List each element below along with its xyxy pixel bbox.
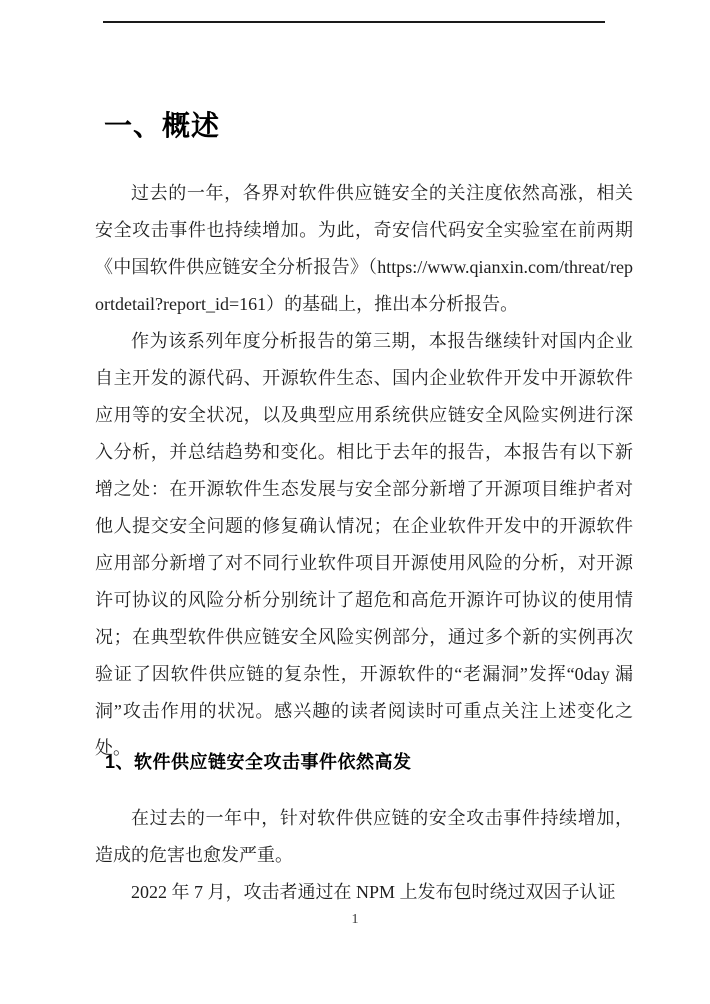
body-text-block: 过去的一年，各界对软件供应链安全的关注度依然高涨，相关安全攻击事件也持续增加。为… bbox=[95, 175, 633, 767]
body-text-block-2: 在过去的一年中，针对软件供应链的安全攻击事件持续增加，造成的危害也愈发严重。 2… bbox=[95, 800, 633, 911]
paragraph-report-overview: 作为该系列年度分析报告的第三期，本报告继续针对国内企业自主开发的源代码、开源软件… bbox=[95, 323, 633, 767]
section-heading: 一、概述 bbox=[104, 106, 220, 146]
header-rule bbox=[103, 21, 605, 23]
paragraph-intro: 过去的一年，各界对软件供应链安全的关注度依然高涨，相关安全攻击事件也持续增加。为… bbox=[95, 175, 633, 323]
page-number: 1 bbox=[0, 910, 710, 930]
subsection-heading: 1、软件供应链安全攻击事件依然高发 bbox=[105, 749, 412, 775]
document-page: 一、概述 过去的一年，各界对软件供应链安全的关注度依然高涨，相关安全攻击事件也持… bbox=[0, 0, 710, 1004]
paragraph-attack-events: 在过去的一年中，针对软件供应链的安全攻击事件持续增加，造成的危害也愈发严重。 bbox=[95, 800, 633, 874]
paragraph-npm-incident: 2022 年 7 月，攻击者通过在 NPM 上发布包时绕过双因子认证 bbox=[95, 874, 633, 911]
